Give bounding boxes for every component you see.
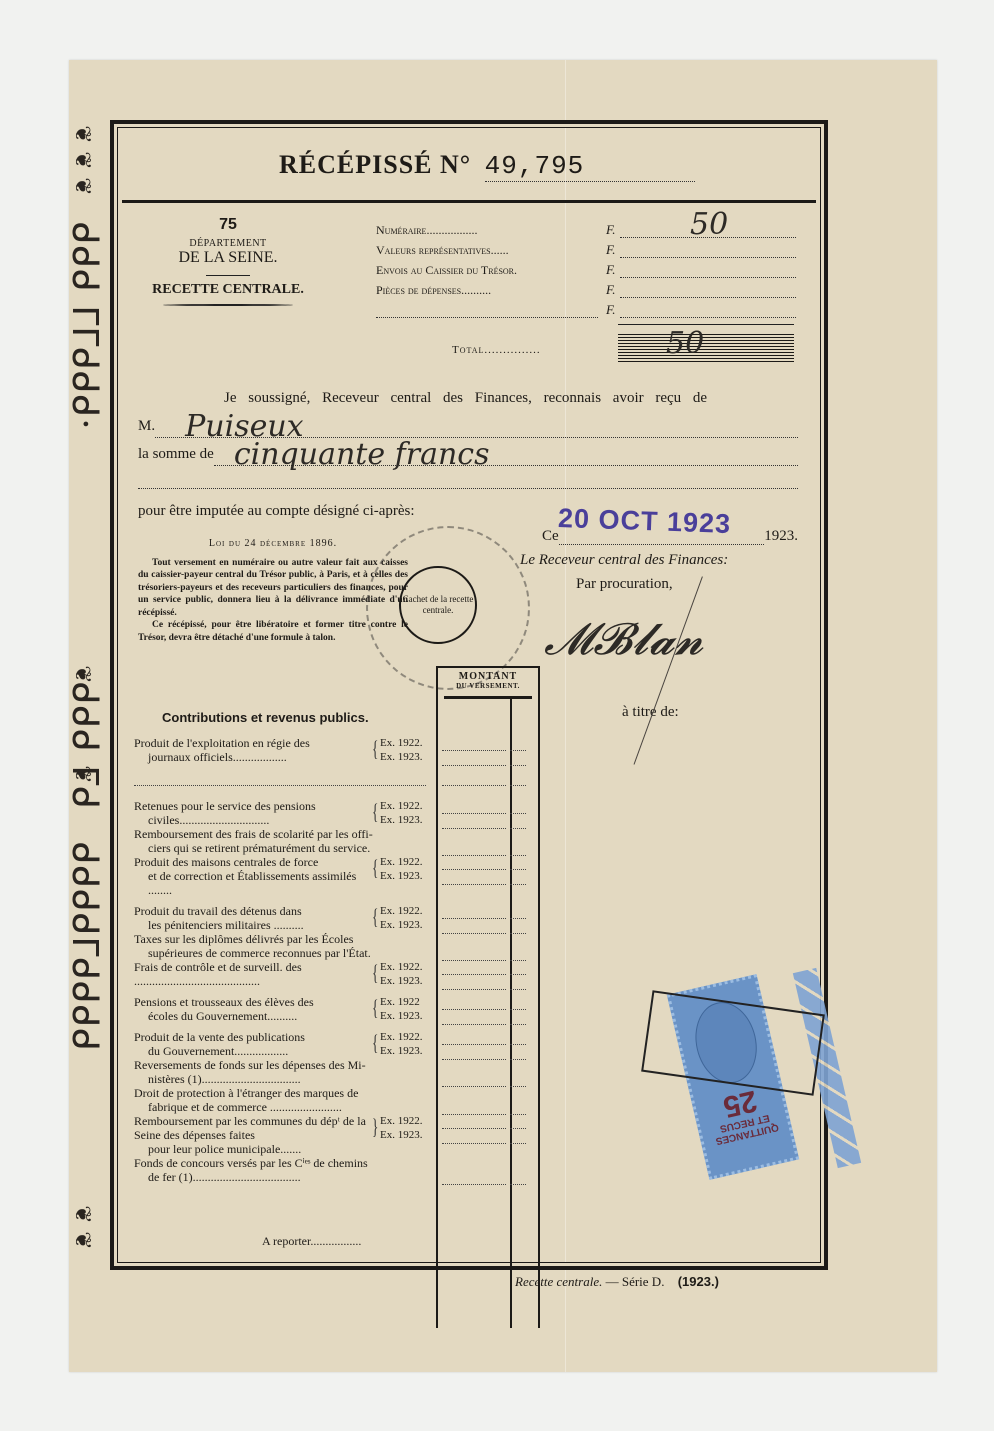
revenue-rows: Produit de l'exploitation en régie desjo… <box>134 736 534 1184</box>
receipt-title: RÉCÉPISSÉ N° 49,795 <box>279 150 695 182</box>
pen-stroke <box>634 576 703 764</box>
contrib-title: Contributions et revenus publics. <box>162 710 369 725</box>
amount-breakdown: Numéraire................. F. 50 Valeurs… <box>376 218 796 318</box>
a-reporter-label: A reporter................. <box>262 1234 361 1249</box>
declaration-block: Je soussigné, Receveur central des Finan… <box>138 386 798 523</box>
table-row: Frais de contrôle et de surveill. des...… <box>134 960 534 988</box>
talon-cut-text: ᑯᑯᑯ ᒥᒥᑯᑯᑯ· <box>64 222 105 431</box>
table-row: Retenues pour le service des pensionsciv… <box>134 799 534 827</box>
declaration-text: Je soussigné, Receveur central des Finan… <box>138 386 798 410</box>
table-row: Produit des maisons centrales de forceet… <box>134 855 534 897</box>
payer-line: M. Puiseux <box>138 410 798 438</box>
sum-in-words: cinquante francs <box>234 443 490 467</box>
fleuron-ornament-icon: ❦ <box>70 151 95 169</box>
table-row: Remboursement par les communes du dépᵗ d… <box>134 1114 534 1156</box>
receipt-paper: ❦ ❦ ❦ ❦ ❦ ❦ ❦ ᑯᑯᑯ ᒥᒥᑯᑯᑯ· ᑯᑯᑯ ᒥᑯ ᑯᑯᑯᑯᒥᑯᑯᑯ… <box>69 60 937 1372</box>
receipt-frame: RÉCÉPISSÉ N° 49,795 75 DÉPARTEMENT DE LA… <box>110 120 828 1270</box>
table-row: Droit de protection à l'étranger des mar… <box>134 1086 534 1114</box>
procuration-label: Par procuration, <box>576 576 673 593</box>
table-row <box>134 771 534 792</box>
table-row: Pensions et trousseaux des élèves deséco… <box>134 995 534 1023</box>
table-row: Produit de la vente des publicationsdu G… <box>134 1030 534 1058</box>
amount-row-numeraire: Numéraire................. F. 50 <box>376 218 796 238</box>
fleuron-ornament-icon: ❦ <box>70 177 95 195</box>
date-stamp: 20 OCT 1923 <box>558 503 732 540</box>
fleuron-ornament-icon: ❦ <box>70 125 95 143</box>
payer-name: Puiseux <box>185 415 304 439</box>
amount-row-envois: Envois au Caissier du Trésor. F. <box>376 258 796 278</box>
fleuron-ornament-icon: ❦ <box>70 1231 95 1249</box>
table-row: Taxes sur les diplômes délivrés par les … <box>134 932 534 960</box>
law-heading: Loi du 24 décembre 1896. <box>138 538 408 551</box>
amount-row-pieces: Pièces de dépenses.......... F. <box>376 278 796 298</box>
department-number: 75 <box>148 216 308 234</box>
sum-line: la somme de cinquante francs <box>138 438 798 466</box>
department-block: 75 DÉPARTEMENT DE LA SEINE. RECETTE CENT… <box>148 216 308 306</box>
table-row: Produit de l'exploitation en régie desjo… <box>134 736 534 764</box>
receiver-title: Le Receveur central des Finances: <box>520 552 728 569</box>
office-name: RECETTE CENTRALE. <box>148 282 308 298</box>
table-row: Remboursement des frais de scolarité par… <box>134 827 534 855</box>
table-row: Reversements de fonds sur les dépenses d… <box>134 1058 534 1086</box>
table-row: Fonds de concours versés par les Cⁱᵉˢ de… <box>134 1156 534 1184</box>
seal-circle: Cachet de la recette centrale. <box>399 566 477 644</box>
department-name: DE LA SEINE. <box>148 249 308 267</box>
handwritten-amount: 50 <box>690 207 728 242</box>
fleuron-ornament-icon: ❦ <box>70 1205 95 1223</box>
total-label: Total............... <box>452 344 541 356</box>
amount-row-valeurs: Valeurs représentatives...... F. <box>376 238 796 258</box>
talon-cut-text: ᑯᑯᑯ ᒥᑯ <box>64 682 105 810</box>
footer-series: Recette centrale. — Série D. (1923.) <box>515 1274 719 1290</box>
header-rule <box>122 200 816 203</box>
amount-row-blank: F. <box>376 298 796 318</box>
table-row: Produit du travail des détenus dansles p… <box>134 904 534 932</box>
fleuron-ornament-icon: ❦ <box>70 665 95 683</box>
cancellation-box-stamp <box>641 990 825 1095</box>
talon-cut-text: ᑯᑯᑯᑯᒥᑯᑯᑯᑯ <box>64 842 105 1052</box>
total-box: 50 <box>618 334 794 362</box>
receipt-number: 49,795 <box>485 151 695 182</box>
total-value: 50 <box>666 326 704 361</box>
talon-perforated-edge: ❦ ❦ ❦ ❦ ❦ ❦ ❦ ᑯᑯᑯ ᒥᒥᑯᑯᑯ· ᑯᑯᑯ ᒥᑯ ᑯᑯᑯᑯᒥᑯᑯᑯ… <box>69 122 105 1272</box>
